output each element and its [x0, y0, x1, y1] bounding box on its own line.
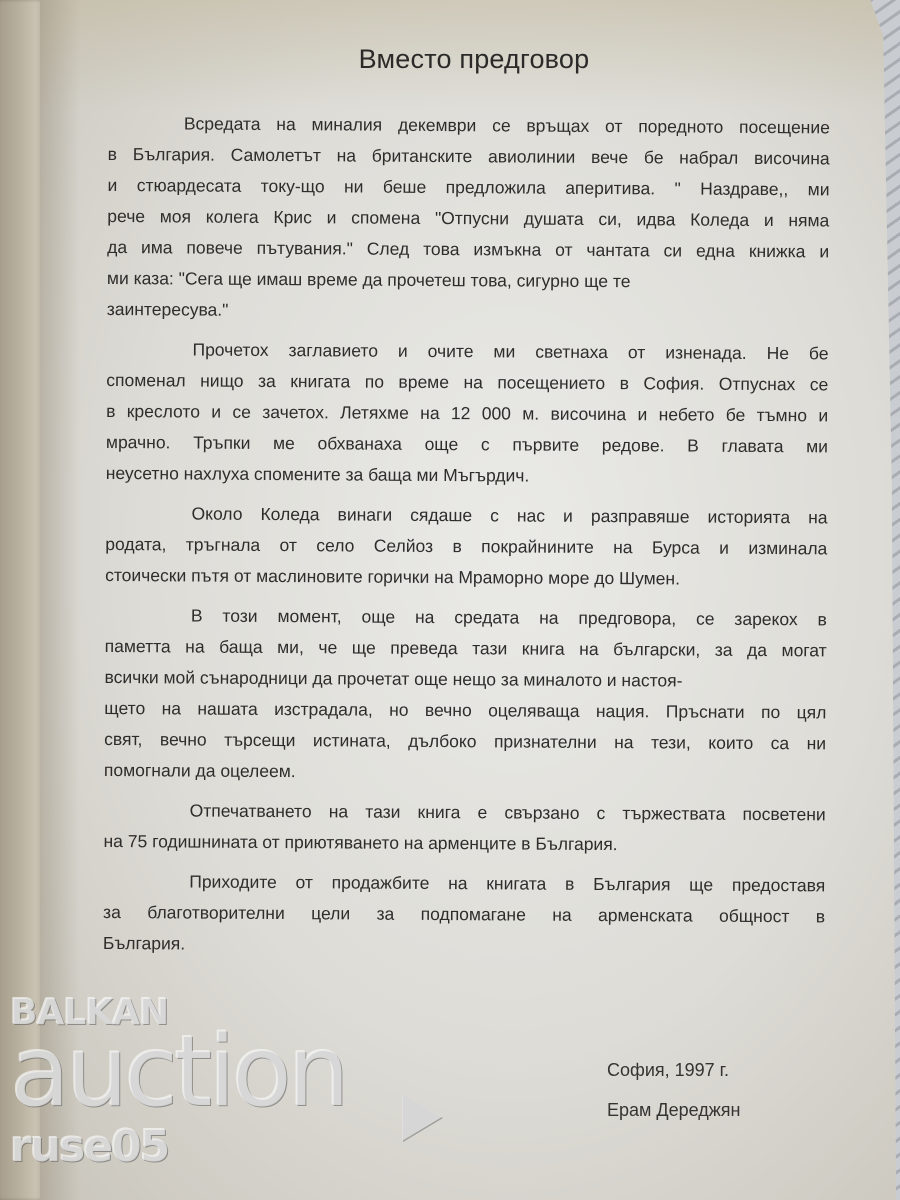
paragraph: Около Коледа винаги сядаше с нас и разпр…	[105, 498, 828, 595]
text-line: ми каза: "Сега ще имаш време да прочетеш…	[107, 263, 829, 298]
text-line: неусетно нахлуха спомените за баща ми Мъ…	[106, 458, 828, 493]
text-line: родата, тръгнала от село Селйоз в покрай…	[105, 529, 827, 564]
text-line: Около Коледа винаги сядаше с нас и разпр…	[105, 498, 827, 533]
place-date: София, 1997 г.	[607, 1050, 740, 1090]
book-binding-gutter	[0, 0, 44, 1200]
text-line: Приходите от продажбите на книгата в Бъл…	[103, 866, 825, 901]
text-line: рече моя колега Крис и спомена "Отпусни …	[107, 201, 829, 236]
text-line: паметта на баща ми, че ще преведа тази к…	[105, 631, 827, 666]
text-line: Всредата на миналия декември се връщах о…	[108, 108, 830, 143]
text-line: и стюардесата току-що ни беше предложила…	[107, 170, 829, 205]
paragraph: В този момент, още на средата на предгов…	[104, 600, 827, 790]
book-page: Вместо предговор Всредата на миналия дек…	[40, 0, 896, 1200]
paragraph: Отпечатването на тази книга е свързано с…	[103, 795, 825, 861]
text-line: в България. Самолетът на британските ави…	[108, 139, 830, 174]
text-line: щето на нашата изстрадала, но вечно оцел…	[104, 693, 826, 728]
page-title: Вместо предговор	[40, 44, 900, 75]
text-line: да има повече пътувания." След това измъ…	[107, 232, 829, 267]
text-line: стоически пътя от маслиновите горички на…	[105, 560, 827, 595]
text-line: Отпечатването на тази книга е свързано с…	[104, 795, 826, 830]
text-line: мрачно. Тръпки ме обхванаха още с първит…	[106, 427, 828, 462]
text-line: заинтересува."	[107, 294, 829, 329]
text-line: споменал нищо за книгата по време на пос…	[106, 365, 828, 400]
text-line: свят, вечно търсещи истината, дълбоко пр…	[104, 724, 826, 759]
text-line: за благотворителни цели за подпомагане н…	[103, 897, 825, 932]
paragraph: Всредата на миналия декември се връщах о…	[107, 108, 830, 329]
paragraph: Прочетох заглавието и очите ми светнаха …	[106, 334, 829, 493]
page-body: Всредата на миналия декември се връщах о…	[103, 108, 830, 963]
text-line: всички мой сънародници да прочетат още н…	[104, 662, 826, 697]
text-line: Прочетох заглавието и очите ми светнаха …	[106, 334, 828, 369]
signature-block: София, 1997 г. Ерам Дереджян	[607, 1050, 740, 1130]
text-line: помогнали да оцелеем.	[104, 755, 826, 790]
text-line: България.	[103, 928, 825, 963]
text-line: в креслото и се зачетох. Летяхме на 12 0…	[106, 396, 828, 431]
text-line: В този момент, още на средата на предгов…	[105, 600, 827, 635]
author-name: Ерам Дереджян	[607, 1090, 740, 1130]
text-line: на 75 годишнината от приютяването на арм…	[103, 826, 825, 861]
paragraph: Приходите от продажбите на книгата в Бъл…	[103, 866, 826, 963]
